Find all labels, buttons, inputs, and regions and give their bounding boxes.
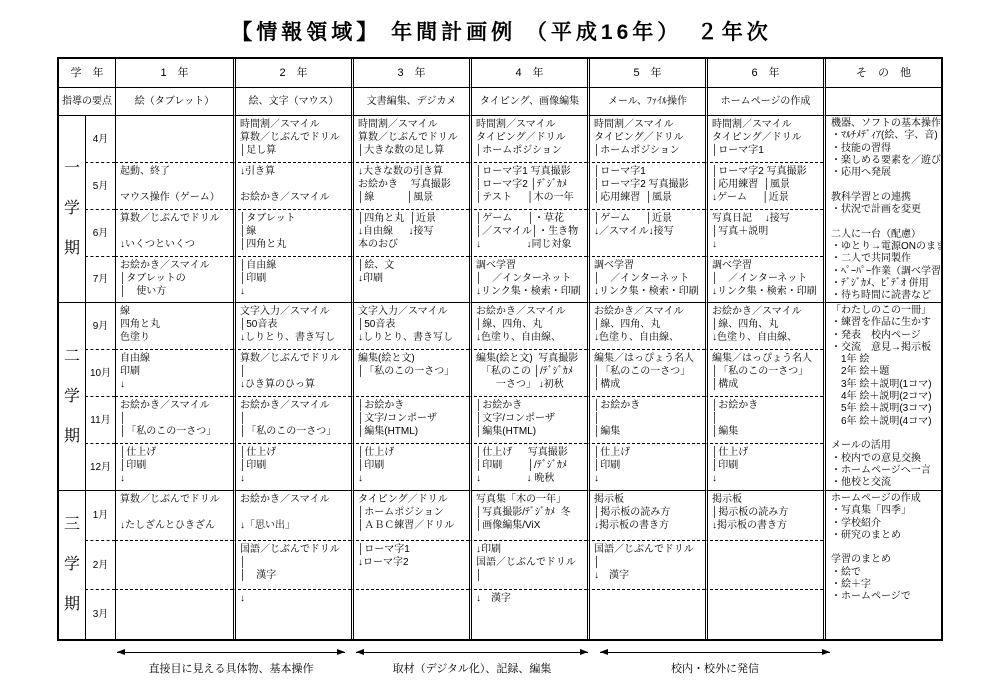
grade-header: 6 年: [705, 59, 823, 87]
plan-cell: 調べ学習 │ ／インターネット ↓リンク集・検索・印刷: [587, 256, 705, 302]
plan-cell: 調べ学習 │ ／インターネット ↓リンク集・検索・印刷: [469, 256, 587, 302]
point-header: 絵（タブレット）: [115, 87, 233, 115]
plan-cell: お絵かき／スマイル │線、四角、丸 ↓色塗り、自由線、: [469, 302, 587, 349]
plan-cell: │四角と丸 │近景 ↓自由線 ↓接写 本のおび: [351, 209, 469, 256]
plan-cell: ↓: [233, 589, 351, 639]
plan-cell: │絵、文 ↓印刷: [351, 256, 469, 302]
grade-header: そ の 他: [823, 59, 941, 87]
plan-cell: 調べ学習 │ ／インターネット ↓リンク集・検索・印刷: [705, 256, 823, 302]
semester-label: 一 学 期: [59, 115, 85, 302]
other-notes-cell: 「わたしのこの一冊」 ・練習を作品に生かす ・発表 校内ページ ・交流 意見→掲…: [823, 302, 941, 490]
plan-cell: │ローマ字1 写真撮影 │ローマ字2 │ﾃﾞｼﾞｶﾒ │テスト │木の一年: [469, 162, 587, 209]
month-label: 10月: [85, 349, 115, 396]
grade-header: 3 年: [351, 59, 469, 87]
plan-cell: 国語／じぶんでドリル │ ↓ 漢字: [587, 540, 705, 589]
plan-cell: │お絵かき │文字/コンポーザ │編集(HTML): [469, 396, 587, 443]
stage-label: 直接目に見える具体物、基本操作: [117, 660, 345, 676]
plan-cell: 写真日記 ↓接写 │写真＋説明 ↓: [705, 209, 823, 256]
plan-cell: [705, 589, 823, 639]
plan-cell: │お絵かき │文字/コンポーザ │編集(HTML): [351, 396, 469, 443]
plan-cell: 編集(絵と文) 写真撮影 「私のこの │/ﾃﾞｼﾞｶﾒ 一さつ」 ↓初秋: [469, 349, 587, 396]
stage-arrow: [600, 652, 830, 653]
plan-cell: 自由線 印刷 ↓: [115, 349, 233, 396]
plan-cell: お絵かき／スマイル │ │「私のこの一さつ」: [115, 396, 233, 443]
plan-cell: 算数／じぶんでドリル ↓たしざんとひきざん: [115, 490, 233, 540]
plan-cell: 線 四角と丸 色塗り: [115, 302, 233, 349]
plan-cell: 編集(絵と文) │「私のこの一さつ」: [351, 349, 469, 396]
plan-cell: │仕上げ │印刷 ↓: [587, 443, 705, 490]
grade-axis-label: 学 年: [59, 59, 115, 87]
stage-label: 校内・校外に発信: [600, 660, 830, 676]
plan-cell: 起動、終了 マウス操作（ゲーム）: [115, 162, 233, 209]
plan-cell: 時間割／スマイル タイピング／ドリル │ホームポジション: [587, 115, 705, 162]
plan-cell: │お絵かき │ │編集: [705, 396, 823, 443]
month-label: 9月: [85, 302, 115, 349]
plan-cell: ↓大きな数の引き算 お絵かき 写真撮影 │線 │風景: [351, 162, 469, 209]
plan-cell: │ゲーム │・草花 │／スマイル│・生き物 ↓ ↓同じ対象: [469, 209, 587, 256]
stage-arrow: [117, 652, 345, 653]
plan-cell: 文字入力／スマイル │50音表 ↓しりとり、書き写し: [351, 302, 469, 349]
plan-cell: │仕上げ │印刷 ↓: [233, 443, 351, 490]
month-label: 4月: [85, 115, 115, 162]
plan-cell: お絵かき／スマイル ↓「思い出」: [233, 490, 351, 540]
plan-cell: │タブレット │線 │四角と丸: [233, 209, 351, 256]
plan-cell: 国語／じぶんでドリル │ │ 漢字: [233, 540, 351, 589]
plan-cell: [115, 589, 233, 639]
plan-cell: 算数／じぶんでドリル │ ↓ひき算のひっ算: [233, 349, 351, 396]
plan-cell: 編集／はっぴょう名人 │「私のこの一さつ」 │構成: [587, 349, 705, 396]
grade-header: 5 年: [587, 59, 705, 87]
plan-cell: 文字入力／スマイル │50音表 ↓しりとり、書き写し: [233, 302, 351, 349]
point-header: [823, 87, 941, 115]
plan-cell: │ローマ字2 写真撮影 │応用練習 │風景 ↓ゲーム │近景: [705, 162, 823, 209]
plan-cell: ↓引き算 お絵かき／スマイル: [233, 162, 351, 209]
plan-cell: 写真集「木の一年」 │写真撮影/ﾃﾞｼﾞｶﾒ 冬 │画像編集/ViX: [469, 490, 587, 540]
grade-header: 2 年: [233, 59, 351, 87]
plan-cell: │ゲーム │近景 ↓／スマイル↓接写: [587, 209, 705, 256]
annual-plan-table: 学 年 1 年 2 年 3 年 4 年 5 年 6 年 そ の 他 指導の要点 …: [57, 57, 943, 641]
plan-cell: 掲示板 │掲示板の読み方 ↓掲示板の書き方: [705, 490, 823, 540]
plan-cell: [351, 589, 469, 639]
month-label: 5月: [85, 162, 115, 209]
plan-cell: 算数／じぶんでドリル ↓いくつといくつ: [115, 209, 233, 256]
points-axis-label: 指導の要点: [59, 87, 115, 115]
other-notes-cell: 機器、ソフトの基本操作 ・ﾏﾙﾁﾒﾃﾞｨｱ(絵、字、音) ・技能の習得 ・楽しめ…: [823, 115, 941, 302]
point-header: タイピング、画像編集: [469, 87, 587, 115]
semester-label: 二 学 期: [59, 302, 85, 490]
month-label: 2月: [85, 540, 115, 589]
month-label: 12月: [85, 443, 115, 490]
stage-label: 取材（デジタル化）、記録、編集: [356, 660, 588, 676]
plan-cell: [587, 589, 705, 639]
point-header: 文書編集、デジカメ: [351, 87, 469, 115]
month-label: 1月: [85, 490, 115, 540]
other-notes-cell: ホームページの作成 ・写真集「四季」 ・学校紹介 ・研究のまとめ 学習のまとめ …: [823, 490, 941, 639]
plan-cell: タイピング／ドリル │ホームポジション │ＡＢＣ練習／ドリル: [351, 490, 469, 540]
plan-cell: 掲示板 │掲示板の読み方 ↓掲示板の書き方: [587, 490, 705, 540]
stage-arrow: [356, 652, 588, 653]
grade-header: 1 年: [115, 59, 233, 87]
plan-cell: │仕上げ │印刷 ↓: [115, 443, 233, 490]
document-page: 【情報領域】 年間計画例 （平成16年） ２年次 学 年 1 年 2 年 3 年…: [0, 0, 1003, 698]
plan-cell: 時間割／スマイル 算数／じぶんでドリル │大きな数の足し算: [351, 115, 469, 162]
plan-cell: お絵かき／スマイル │線、四角、丸 ↓色塗り、自由線、: [587, 302, 705, 349]
point-header: メール、ﾌｧｲﾙ操作: [587, 87, 705, 115]
semester-label: 三 学 期: [59, 490, 85, 639]
plan-cell: 編集／はっぴょう名人 │「私のこの一さつ」 │構成: [705, 349, 823, 396]
grade-header: 4 年: [469, 59, 587, 87]
plan-cell: お絵かき／スマイル │線、四角、丸 ↓色塗り、自由線、: [705, 302, 823, 349]
plan-cell: 時間割／スマイル タイピング／ドリル │ホームポジション: [469, 115, 587, 162]
plan-cell: お絵かき／スマイル │タブレットの │ 使い方: [115, 256, 233, 302]
point-header: 絵、文字（マウス）: [233, 87, 351, 115]
plan-cell: │ローマ字1 ↓ローマ字2: [351, 540, 469, 589]
plan-cell: ↓印刷 国語／じぶんでドリル │: [469, 540, 587, 589]
plan-cell: 時間割／スマイル タイピング／ドリル │ローマ字1: [705, 115, 823, 162]
plan-cell: │お絵かき │ │編集: [587, 396, 705, 443]
plan-cell: お絵かき／スマイル │ │「私のこの一さつ」: [233, 396, 351, 443]
plan-cell: [115, 540, 233, 589]
point-header: ホームページの作成: [705, 87, 823, 115]
plan-cell: ↓ 漢字: [469, 589, 587, 639]
plan-cell: 時間割／スマイル 算数／じぶんでドリル │足し算: [233, 115, 351, 162]
plan-cell: │仕上げ │印刷 ↓: [351, 443, 469, 490]
plan-cell: │仕上げ 写真撮影 │印刷 │/ﾃﾞｼﾞｶﾒ ↓ ↓ 晩秋: [469, 443, 587, 490]
plan-cell: │ローマ字1 │ローマ字2 写真撮影 │応用練習 │風景: [587, 162, 705, 209]
month-label: 3月: [85, 589, 115, 639]
month-label: 6月: [85, 209, 115, 256]
plan-cell: [115, 115, 233, 162]
plan-cell: │仕上げ │印刷 ↓: [705, 443, 823, 490]
month-label: 7月: [85, 256, 115, 302]
month-label: 11月: [85, 396, 115, 443]
plan-cell: │自由線 │印刷 ↓: [233, 256, 351, 302]
page-title: 【情報領域】 年間計画例 （平成16年） ２年次: [0, 16, 1003, 46]
plan-cell: [705, 540, 823, 589]
